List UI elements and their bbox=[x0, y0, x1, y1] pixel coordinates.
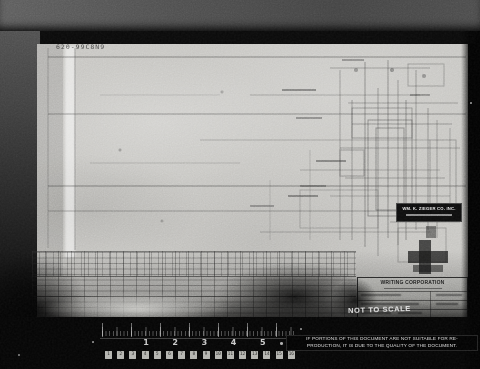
ruler-cm-label: 5 bbox=[154, 351, 161, 359]
dust-speck bbox=[300, 328, 302, 330]
ruler-inch-label: 5 bbox=[258, 338, 268, 347]
ruler-cm-label: 12 bbox=[239, 351, 246, 359]
dust-speck bbox=[470, 102, 472, 104]
ruler-cm-label: 4 bbox=[142, 351, 149, 359]
reproduction-notice-stamp: IF PORTIONS OF THIS DOCUMENT ARE NOT SUI… bbox=[286, 335, 478, 351]
ruler-cm-label: 9 bbox=[203, 351, 210, 359]
reproduction-notice-line2: PRODUCTION, IT IS DUE TO THE QUALITY OF … bbox=[287, 343, 477, 350]
ruler-cm-label: 14 bbox=[263, 351, 270, 359]
ruler-inch-label: 2 bbox=[170, 338, 180, 347]
dust-speck bbox=[92, 341, 94, 343]
ruler-cm-label: 1 bbox=[105, 351, 112, 359]
ruler-cm-label: 11 bbox=[227, 351, 234, 359]
vendor-stamp-company: WM. K. ZIEGER CO. INC. bbox=[397, 206, 461, 211]
ruler-cm-label: 16 bbox=[288, 351, 295, 359]
shadow-blob bbox=[332, 278, 378, 322]
ruler-fine-ticks bbox=[102, 331, 294, 336]
ruler-inch-label: 3 bbox=[199, 338, 209, 347]
ruler-cm-label: 3 bbox=[129, 351, 136, 359]
vendor-stamp-address-illegible bbox=[406, 214, 452, 216]
dust-speck bbox=[18, 354, 20, 356]
ruler-cm-label: 13 bbox=[251, 351, 258, 359]
ruler-cm-label: 15 bbox=[276, 351, 283, 359]
ruler-cm-label: 8 bbox=[190, 351, 197, 359]
ruler-cm-label: 7 bbox=[178, 351, 185, 359]
ruler-cm-label: 2 bbox=[117, 351, 124, 359]
microfilm-scan: 620-99C8N9 WM. K. ZIEGER CO. INC. WRITIN… bbox=[0, 0, 480, 369]
stamp-registration-dot bbox=[280, 342, 283, 345]
ruler-inch-label: 4 bbox=[229, 338, 239, 347]
right-edge-vignette bbox=[461, 31, 480, 369]
ruler-cm-labels: 12345678910111213141516 bbox=[105, 351, 295, 359]
drawing-number: 620-99C8N9 bbox=[56, 43, 105, 51]
vendor-stamp: WM. K. ZIEGER CO. INC. bbox=[396, 203, 462, 222]
ruler-cm-label: 6 bbox=[166, 351, 173, 359]
ruler-inch-label: 1 bbox=[141, 338, 151, 347]
ruler-inch-labels: 123456 bbox=[141, 338, 297, 347]
ruler-cm-label: 10 bbox=[215, 351, 222, 359]
